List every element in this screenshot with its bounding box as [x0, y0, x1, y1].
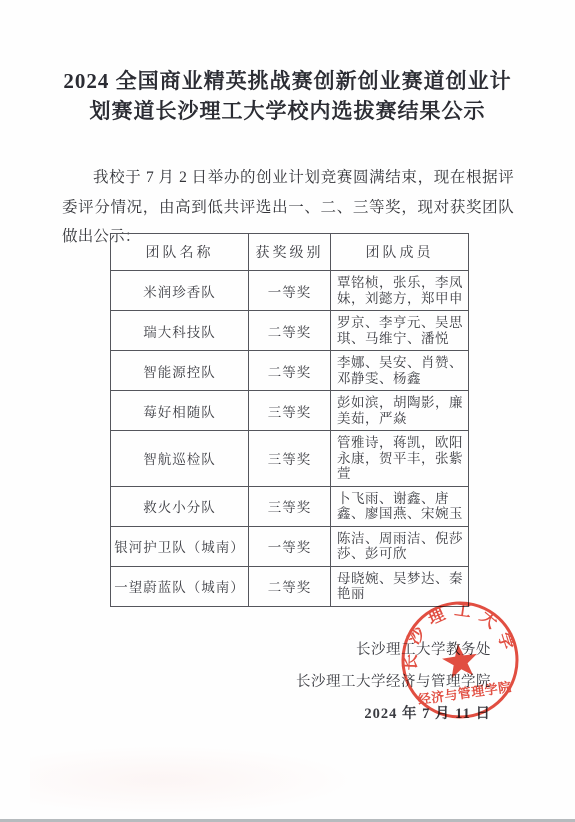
- award-level-cell: 二等奖: [249, 351, 331, 391]
- members-cell: 管雅诗，蒋凯，欧阳永康，贺平丰，张紫萱: [331, 431, 469, 487]
- page-title-line-2: 划赛道长沙理工大学校内选拔赛结果公示: [90, 99, 486, 123]
- members-cell: 母晓婉、吴梦达、秦艳丽: [331, 566, 469, 606]
- award-level-cell: 三等奖: [249, 431, 331, 487]
- table-row: 一望蔚蓝队（城南） 二等奖 母晓婉、吴梦达、秦艳丽: [111, 566, 469, 606]
- column-header-award: 获奖级别: [249, 234, 331, 271]
- signature-office: 长沙理工大学教务处: [0, 641, 491, 660]
- award-level-cell: 一等奖: [249, 526, 331, 566]
- members-cell: 覃铭桢，张乐，李凤妹，刘懿方，郑甲申: [331, 271, 469, 311]
- team-name-cell: 智能源控队: [111, 351, 249, 391]
- members-cell: 彭如滨，胡陶影，廉美茹，严焱: [331, 391, 469, 431]
- page-title-line-1: 2024 全国商业精英挑战赛创新创业赛道创业计: [63, 69, 511, 93]
- signature-school: 长沙理工大学经济与管理学院: [0, 673, 491, 692]
- members-cell: 陈洁、周雨洁、倪莎莎、彭可欣: [331, 526, 469, 566]
- announcement-document: 2024 全国商业精英挑战赛创新创业赛道创业计 划赛道长沙理工大学校内选拔赛结果…: [0, 0, 575, 822]
- table-row: 莓好相随队 三等奖 彭如滨，胡陶影，廉美茹，严焱: [111, 391, 469, 431]
- results-table: 团队名称 获奖级别 团队成员 米润珍香队 一等奖 覃铭桢，张乐，李凤妹，刘懿方，…: [110, 233, 469, 607]
- team-name-cell: 莓好相随队: [111, 391, 249, 431]
- signature-block: 长沙理工大学教务处 长沙理工大学经济与管理学院 2024 年 7 月 11 日: [0, 641, 491, 737]
- members-cell: 罗京、李亨元、吴思琪、马维宁、潘悦: [331, 311, 469, 351]
- table-row: 米润珍香队 一等奖 覃铭桢，张乐，李凤妹，刘懿方，郑甲申: [111, 271, 469, 311]
- award-level-cell: 二等奖: [249, 311, 331, 351]
- table-row: 救火小分队 三等奖 卜飞雨、谢鑫、唐鑫、廖国燕、宋婉玉: [111, 486, 469, 526]
- team-name-cell: 银河护卫队（城南）: [111, 526, 249, 566]
- team-name-cell: 一望蔚蓝队（城南）: [111, 566, 249, 606]
- table-row: 智航巡检队 三等奖 管雅诗，蒋凯，欧阳永康，贺平丰，张紫萱: [111, 431, 469, 487]
- team-name-cell: 救火小分队: [111, 486, 249, 526]
- signature-date: 2024 年 7 月 11 日: [0, 705, 491, 724]
- table-row: 瑞大科技队 二等奖 罗京、李亨元、吴思琪、马维宁、潘悦: [111, 311, 469, 351]
- award-level-cell: 三等奖: [249, 486, 331, 526]
- table-row: 银河护卫队（城南） 一等奖 陈洁、周雨洁、倪莎莎、彭可欣: [111, 526, 469, 566]
- page-title: 2024 全国商业精英挑战赛创新创业赛道创业计 划赛道长沙理工大学校内选拔赛结果…: [0, 66, 575, 126]
- award-level-cell: 二等奖: [249, 566, 331, 606]
- table-row: 智能源控队 二等奖 李娜、吴安、肖赞、邓静雯、杨鑫: [111, 351, 469, 391]
- column-header-team: 团队名称: [111, 234, 249, 271]
- team-name-cell: 智航巡检队: [111, 431, 249, 487]
- scan-smudge-artifact: [30, 745, 360, 815]
- members-cell: 卜飞雨、谢鑫、唐鑫、廖国燕、宋婉玉: [331, 486, 469, 526]
- members-cell: 李娜、吴安、肖赞、邓静雯、杨鑫: [331, 351, 469, 391]
- team-name-cell: 瑞大科技队: [111, 311, 249, 351]
- column-header-members: 团队成员: [331, 234, 469, 271]
- award-level-cell: 三等奖: [249, 391, 331, 431]
- award-level-cell: 一等奖: [249, 271, 331, 311]
- team-name-cell: 米润珍香队: [111, 271, 249, 311]
- table-header-row: 团队名称 获奖级别 团队成员: [111, 234, 469, 271]
